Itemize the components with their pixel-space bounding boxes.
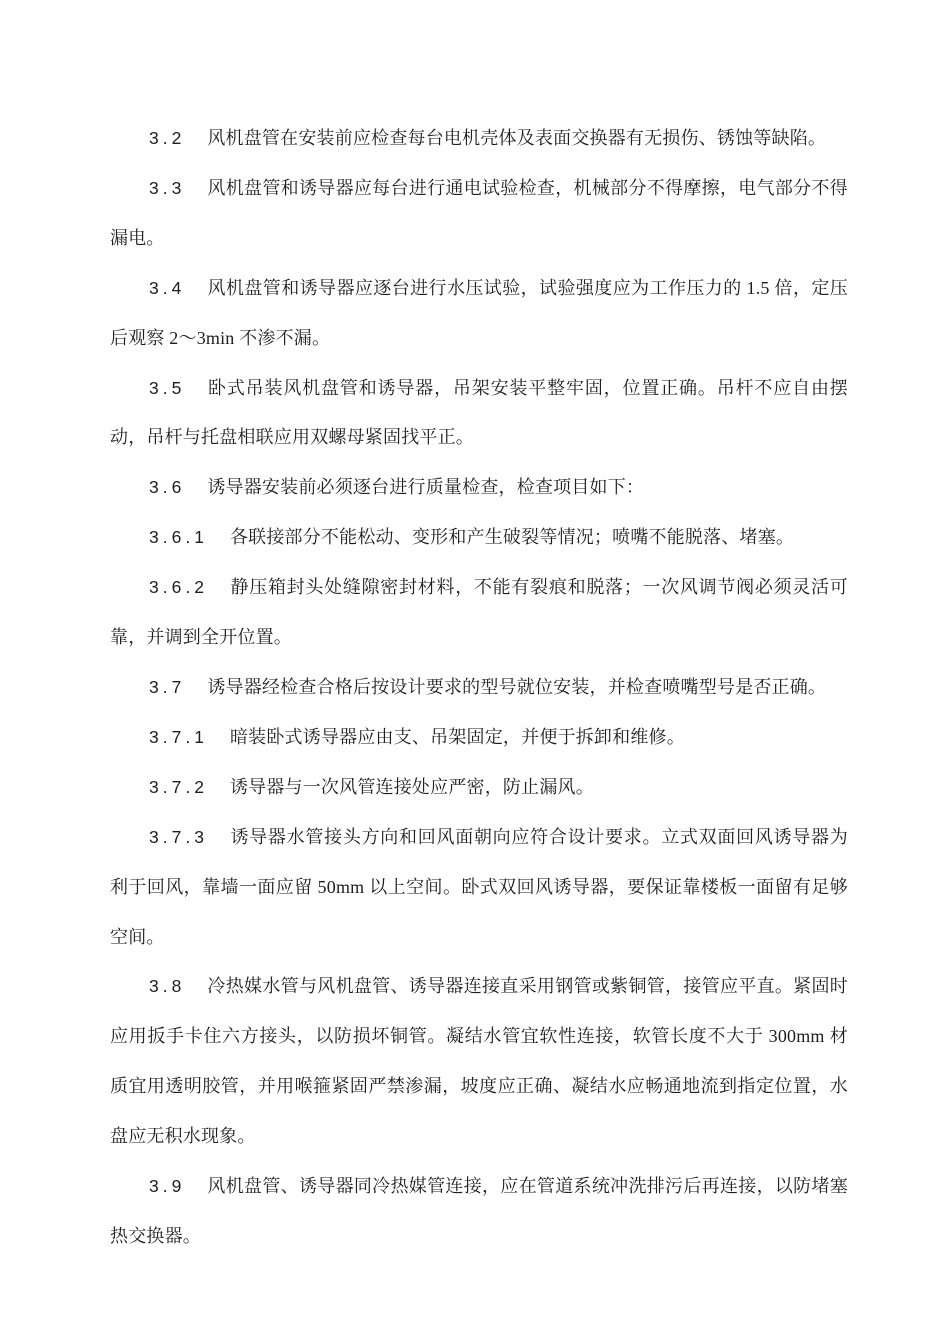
clause-text: 诱导器经检查合格后按设计要求的型号就位安装，并检查喷嘴型号是否正确。	[207, 677, 826, 697]
document-page: 3.2风机盘管在安装前应检查每台电机壳体及表面交换器有无损伤、锈蚀等缺陷。3.3…	[0, 0, 950, 1344]
clause-text: 诱导器与一次风管连接处应严密，防止漏风。	[230, 777, 594, 797]
clause-paragraph: 3.6诱导器安装前必须逐台进行质量检查，检查项目如下：	[110, 463, 848, 513]
clause-paragraph: 3.6.1各联接部分不能松动、变形和产生破裂等情况；喷嘴不能脱落、堵塞。	[110, 513, 848, 563]
clauses: 3.2风机盘管在安装前应检查每台电机壳体及表面交换器有无损伤、锈蚀等缺陷。3.3…	[110, 114, 848, 1262]
clause-text: 静压箱封头处缝隙密封材料，不能有裂痕和脱落；一次风调节阀必须灵活可靠，并调到全开…	[110, 577, 848, 647]
clause-number: 3.6.2	[149, 577, 208, 597]
clause-number: 3.6.1	[149, 527, 208, 547]
clause-number: 3.7	[149, 677, 185, 697]
clause-number: 3.3	[149, 178, 185, 198]
clause-number: 3.7.1	[149, 727, 208, 747]
clause-paragraph: 3.7.3诱导器水管接头方向和回风面朝向应符合设计要求。立式双面回风诱导器为利于…	[110, 813, 848, 963]
clause-number: 3.7.2	[149, 777, 208, 797]
clause-paragraph: 3.5卧式吊装风机盘管和诱导器，吊架安装平整牢固，位置正确。吊杆不应自由摆动，吊…	[110, 364, 848, 464]
clause-text: 卧式吊装风机盘管和诱导器，吊架安装平整牢固，位置正确。吊杆不应自由摆动，吊杆与托…	[110, 378, 848, 448]
clause-paragraph: 3.3风机盘管和诱导器应每台进行通电试验检查，机械部分不得摩擦，电气部分不得漏电…	[110, 164, 848, 264]
clause-paragraph: 3.7.2诱导器与一次风管连接处应严密，防止漏风。	[110, 763, 848, 813]
clause-number: 3.8	[149, 976, 185, 996]
clause-number: 3.4	[149, 278, 185, 298]
clause-paragraph: 3.9风机盘管、诱导器同冷热媒管连接，应在管道系统冲洗排污后再连接，以防堵塞热交…	[110, 1162, 848, 1262]
clause-text: 风机盘管和诱导器应逐台进行水压试验，试验强度应为工作压力的 1.5 倍，定压后观…	[110, 278, 848, 348]
clause-text: 风机盘管在安装前应检查每台电机壳体及表面交换器有无损伤、锈蚀等缺陷。	[207, 128, 826, 148]
clause-paragraph: 3.7.1暗装卧式诱导器应由支、吊架固定，并便于拆卸和维修。	[110, 713, 848, 763]
clause-number: 3.7.3	[149, 827, 208, 847]
clause-paragraph: 3.2风机盘管在安装前应检查每台电机壳体及表面交换器有无损伤、锈蚀等缺陷。	[110, 114, 848, 164]
clause-number: 3.9	[149, 1176, 185, 1196]
clause-paragraph: 3.6.2静压箱封头处缝隙密封材料，不能有裂痕和脱落；一次风调节阀必须灵活可靠，…	[110, 563, 848, 663]
clause-paragraph: 3.8冷热媒水管与风机盘管、诱导器连接直采用钢管或紫铜管，接管应平直。紧固时应用…	[110, 962, 848, 1162]
clause-text: 各联接部分不能松动、变形和产生破裂等情况；喷嘴不能脱落、堵塞。	[230, 527, 794, 547]
clause-paragraph: 3.7诱导器经检查合格后按设计要求的型号就位安装，并检查喷嘴型号是否正确。	[110, 663, 848, 713]
clause-text: 风机盘管、诱导器同冷热媒管连接，应在管道系统冲洗排污后再连接，以防堵塞热交换器。	[110, 1176, 848, 1246]
clause-text: 暗装卧式诱导器应由支、吊架固定，并便于拆卸和维修。	[230, 727, 685, 747]
clause-paragraph: 3.4风机盘管和诱导器应逐台进行水压试验，试验强度应为工作压力的 1.5 倍，定…	[110, 264, 848, 364]
clause-number: 3.6	[149, 477, 185, 497]
clause-number: 3.5	[149, 378, 185, 398]
clause-text: 冷热媒水管与风机盘管、诱导器连接直采用钢管或紫铜管，接管应平直。紧固时应用扳手卡…	[110, 976, 848, 1146]
clause-text: 诱导器安装前必须逐台进行质量检查，检查项目如下：	[207, 477, 644, 497]
clause-text: 诱导器水管接头方向和回风面朝向应符合设计要求。立式双面回风诱导器为利于回风，靠墙…	[110, 827, 848, 947]
clause-number: 3.2	[149, 128, 185, 148]
clause-text: 风机盘管和诱导器应每台进行通电试验检查，机械部分不得摩擦，电气部分不得漏电。	[110, 178, 848, 248]
